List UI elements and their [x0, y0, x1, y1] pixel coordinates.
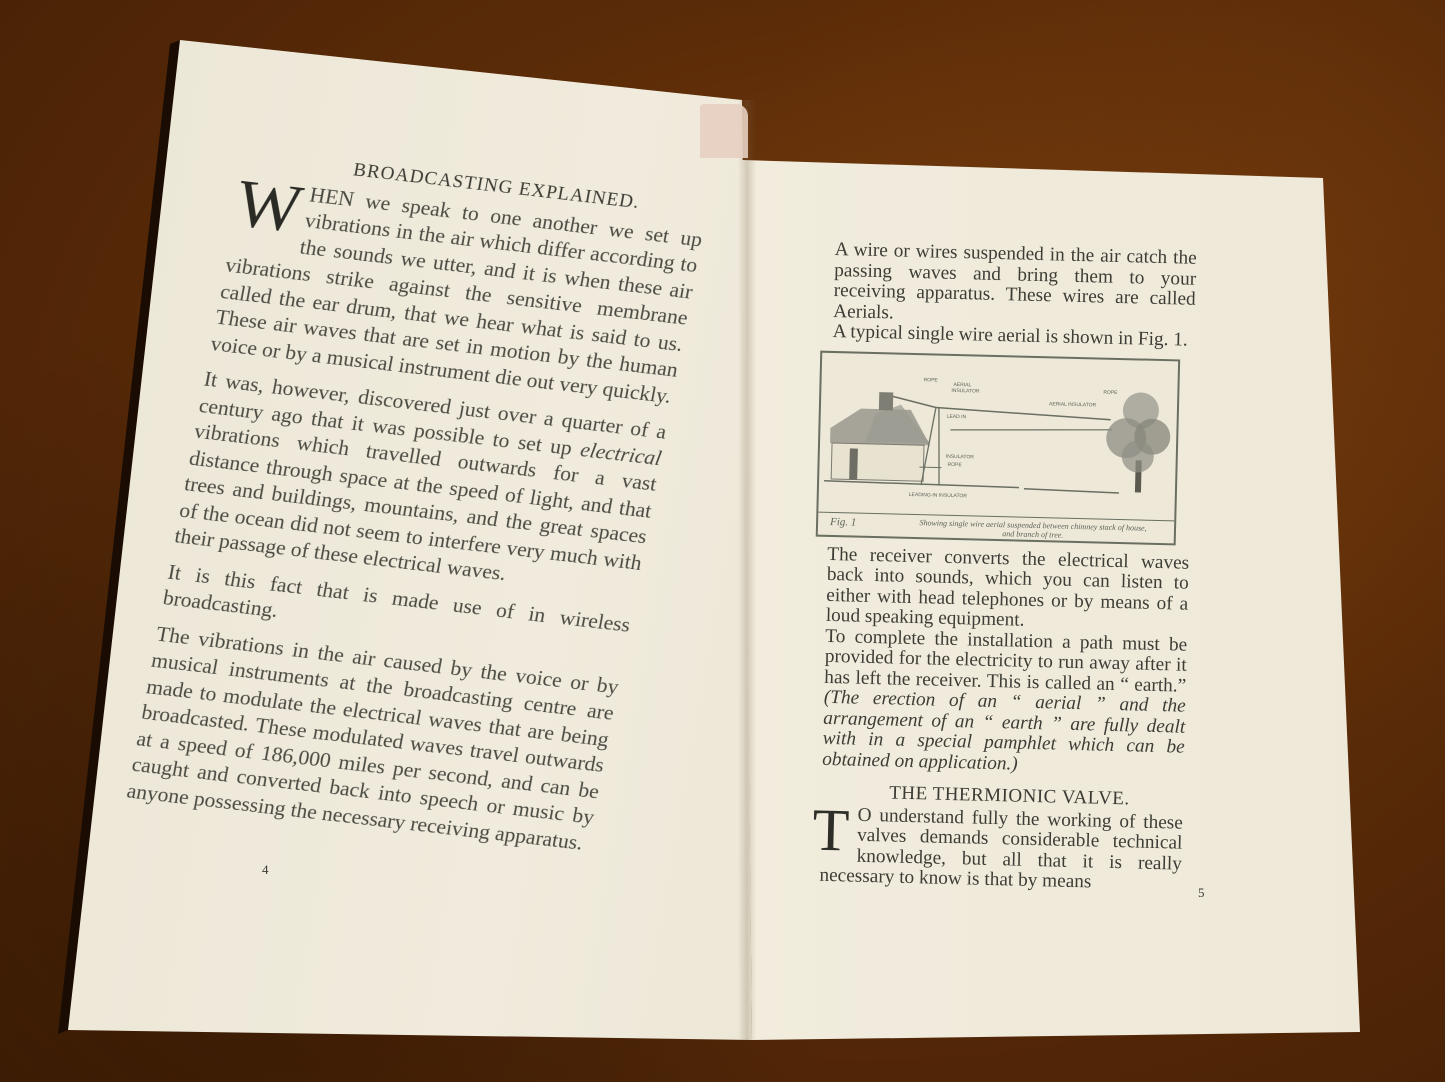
svg-text:ROPE: ROPE: [924, 377, 939, 383]
paragraph-valve: TO understand fully the working of these…: [819, 804, 1183, 895]
svg-text:INSULATOR: INSULATOR: [951, 387, 980, 394]
right-page-text: A wire or wires suspended in the air cat…: [819, 240, 1197, 895]
paragraph-earth: To complete the installation a path must…: [822, 626, 1187, 778]
svg-text:ROPE: ROPE: [1103, 389, 1118, 395]
paragraph-modulation: The vibrations in the air caused by the …: [125, 620, 621, 856]
svg-text:LEAD IN: LEAD IN: [947, 413, 967, 419]
svg-text:ROPE: ROPE: [947, 461, 962, 467]
drop-cap-t: T: [812, 806, 850, 853]
book-gutter: [738, 100, 756, 1040]
svg-text:AERIAL INSULATOR: AERIAL INSULATOR: [1049, 401, 1097, 408]
page-number-right: 5: [1198, 885, 1205, 901]
paragraph-aerials: A wire or wires suspended in the air cat…: [833, 240, 1197, 331]
svg-text:LEADING-IN INSULATOR: LEADING-IN INSULATOR: [909, 491, 968, 498]
page-number-left: 4: [262, 862, 269, 878]
svg-text:INSULATOR: INSULATOR: [946, 453, 975, 460]
paragraph-receiver: The receiver converts the electrical wav…: [826, 544, 1190, 635]
earth-note-italic: (The erection of an “ aerial ” and the a…: [822, 687, 1186, 774]
figure-aerial-diagram: ROPE AERIAL INSULATOR LEAD IN INSULATOR …: [816, 350, 1180, 545]
drop-cap-w: W: [232, 175, 306, 236]
torn-page-corner: [700, 104, 748, 158]
figure-label: Fig. 1: [830, 517, 856, 527]
figure-caption: Showing single wire aerial suspended bet…: [913, 517, 1153, 541]
aerial-illustration: ROPE AERIAL INSULATOR LEAD IN INSULATOR …: [818, 352, 1178, 521]
